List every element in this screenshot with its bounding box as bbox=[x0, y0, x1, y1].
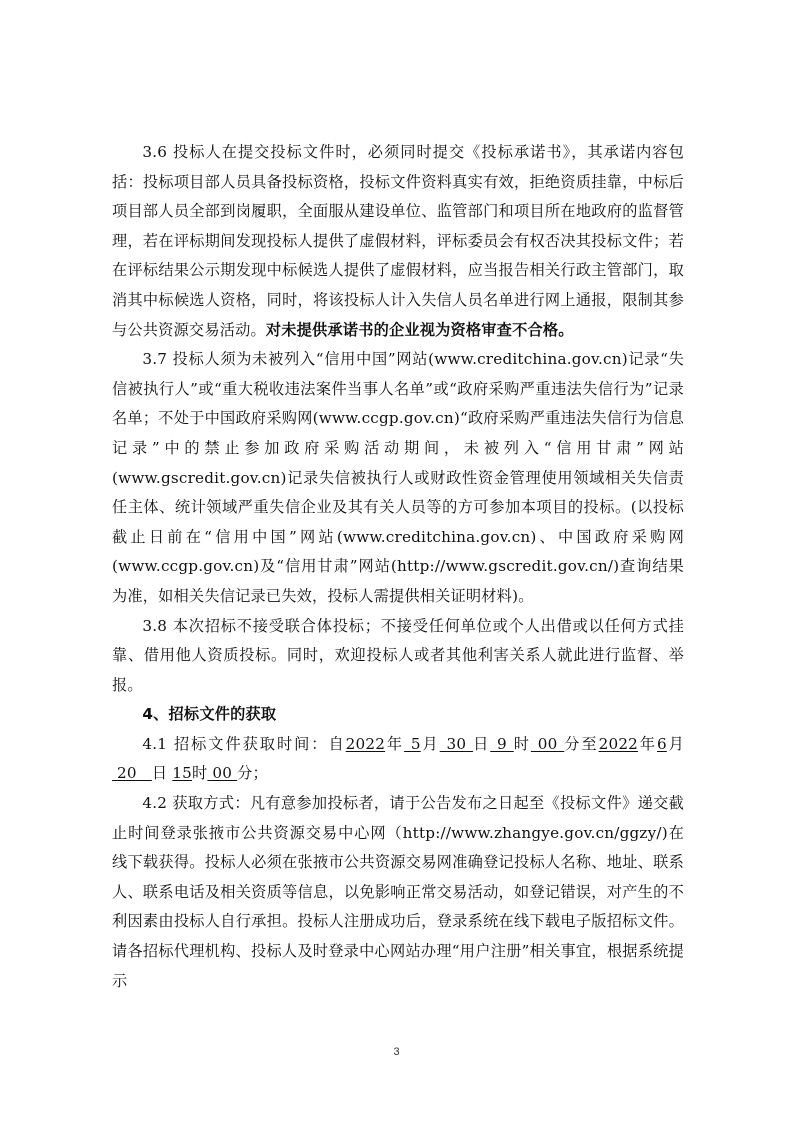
start-minute: 00 bbox=[531, 735, 564, 753]
paragraph-3-6-bold-statement: 对未提供承诺书的企业视为资格审查不合格。 bbox=[266, 321, 574, 339]
end-suffix: 分； bbox=[237, 764, 268, 782]
paragraph-3-8: 3.8 本次招标不接受联合体投标；不接受任何单位或个人出借或以任何方式挂靠、借用… bbox=[112, 612, 684, 701]
paragraph-3-6-text: 3.6 投标人在提交投标文件时，必须同时提交《投标承诺书》，其承诺内容包括：投标… bbox=[112, 143, 684, 339]
paragraph-4-2: 4.2 获取方式：凡有意参加投标者，请于公告发布之日起至《投标文件》递交截止时间… bbox=[112, 789, 684, 996]
paragraph-4-1: 4.1 招标文件获取时间：自2022年 5月 30 日 9 时 00 分至202… bbox=[112, 730, 684, 789]
end-month-label: 月 bbox=[667, 735, 684, 753]
start-hour: 9 bbox=[490, 735, 513, 753]
end-day: 20 bbox=[112, 764, 152, 782]
start-year: 2022 bbox=[346, 735, 385, 753]
year-label: 年 bbox=[385, 735, 404, 753]
paragraph-3-7: 3.7 投标人须为未被列入“信用中国”网站(www.creditchina.go… bbox=[112, 345, 684, 611]
end-minute: 00 bbox=[207, 764, 237, 782]
item-4-1-prefix: 4.1 招标文件获取时间：自 bbox=[142, 735, 345, 753]
end-hour: 15 bbox=[172, 764, 192, 782]
minute-label-to: 分至 bbox=[564, 735, 598, 753]
document-page: 3.6 投标人在提交投标文件时，必须同时提交《投标承诺书》，其承诺内容包括：投标… bbox=[112, 138, 684, 996]
end-year-label: 年 bbox=[638, 735, 657, 753]
start-month: 5 bbox=[404, 735, 421, 753]
end-day-label: 日 bbox=[152, 764, 167, 782]
paragraph-3-6: 3.6 投标人在提交投标文件时，必须同时提交《投标承诺书》，其承诺内容包括：投标… bbox=[112, 138, 684, 345]
end-hour-label: 时 bbox=[192, 764, 207, 782]
end-month: 6 bbox=[657, 735, 667, 753]
section-4-heading: 4、招标文件的获取 bbox=[112, 700, 684, 730]
start-day: 30 bbox=[440, 735, 473, 753]
month-label: 月 bbox=[421, 735, 440, 753]
page-number: 3 bbox=[0, 1046, 793, 1058]
end-year: 2022 bbox=[599, 735, 638, 753]
hour-label: 时 bbox=[514, 735, 531, 753]
day-label: 日 bbox=[473, 735, 490, 753]
